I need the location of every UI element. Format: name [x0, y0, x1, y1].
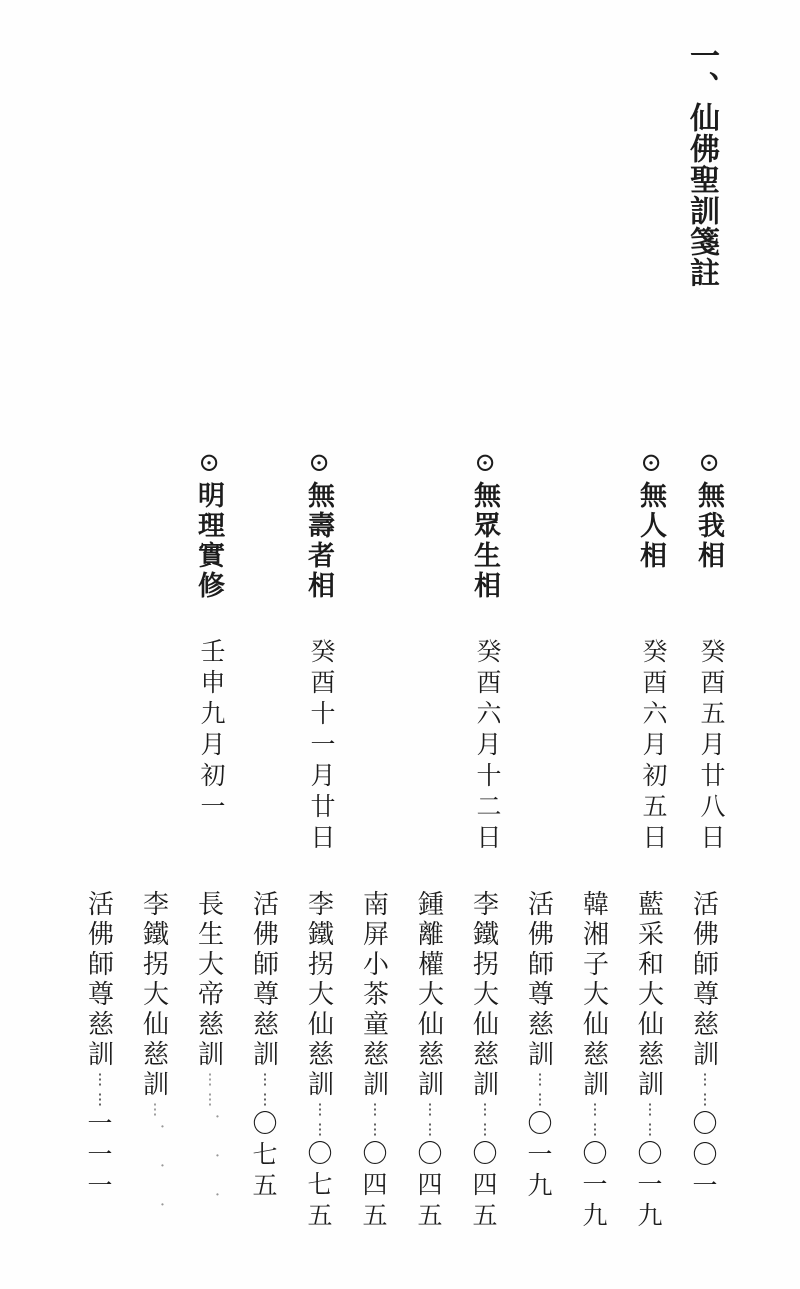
dot-leader: ⋮⋮	[255, 1070, 273, 1110]
page-number: 一一一	[0, 1110, 115, 1238]
section-heading: ⊙無壽者相	[300, 448, 339, 601]
toc-entry: 長生大帝慈訓 ⋮⋮ ···	[193, 890, 225, 1238]
toc-entry-name: 活佛師尊慈訓	[521, 890, 558, 1070]
toc-entry: 活佛師尊慈訓 ⋮⋮ 一一一	[83, 890, 115, 1238]
dot-leader: ⋮⋮	[530, 1070, 548, 1110]
circled-dot-icon: ⊙	[471, 448, 500, 481]
section-date: 癸酉六月十二日	[468, 638, 504, 855]
section-heading: ⊙明理實修	[190, 448, 229, 601]
toc-entry-name: 李鐵拐大仙慈訓	[301, 890, 338, 1100]
section-date: 癸酉十一月廿日	[302, 638, 338, 855]
toc-entry: 鍾離權大仙慈訓 ⋮⋮ 〇四五	[413, 890, 445, 1238]
page-title: 一、仙佛聖訓箋註	[679, 40, 723, 288]
circled-dot-icon: ⊙	[637, 448, 666, 481]
toc-entry: 李鐵拐大仙慈訓 ⋮⋮ 〇四五	[468, 890, 500, 1238]
toc-entry-name: 活佛師尊慈訓	[246, 890, 283, 1070]
section-heading: ⊙無人相	[632, 448, 671, 571]
dot-leader: ⋮⋮	[585, 1100, 603, 1140]
toc-entry: 藍采和大仙慈訓 ⋮⋮ 〇一九	[633, 890, 665, 1238]
toc-entry-name: 活佛師尊慈訓	[686, 890, 723, 1070]
dot-leader: ⋮⋮	[90, 1070, 108, 1110]
toc-entry-name: 李鐵拐大仙慈訓	[136, 890, 173, 1100]
section-title: 無我相	[694, 481, 724, 571]
section-title: 無壽者相	[304, 481, 334, 601]
toc-entry-name: 長生大帝慈訓	[191, 890, 228, 1070]
dot-leader: ⋮⋮	[310, 1100, 328, 1140]
toc-entry-name: 南屏小茶童慈訓	[356, 890, 393, 1100]
toc-entry-name: 藍采和大仙慈訓	[631, 890, 668, 1100]
toc-entry: 李鐵拐大仙慈訓 ⋮ ···	[138, 890, 170, 1238]
toc-entry-name: 活佛師尊慈訓	[81, 890, 118, 1070]
dot-leader: ⋮⋮	[200, 1070, 218, 1110]
toc-entry: 活佛師尊慈訓 ⋮⋮ 〇一九	[523, 890, 555, 1238]
circled-dot-icon: ⊙	[305, 448, 334, 481]
dot-leader: ⋮⋮	[365, 1100, 383, 1140]
toc-entry-name: 李鐵拐大仙慈訓	[466, 890, 503, 1100]
toc-entry-name: 韓湘子大仙慈訓	[576, 890, 613, 1100]
section-date: 癸酉五月廿八日	[692, 638, 728, 855]
circled-dot-icon: ⊙	[695, 448, 724, 481]
section-title: 無眾生相	[470, 481, 500, 601]
toc-entry: 南屏小茶童慈訓 ⋮⋮ 〇四五	[358, 890, 390, 1238]
section-heading: ⊙無我相	[690, 448, 729, 571]
section-title: 明理實修	[194, 481, 224, 601]
section-date: 壬申九月初一	[192, 638, 228, 824]
dot-leader: ⋮	[145, 1100, 163, 1120]
dot-leader: ⋮⋮	[640, 1100, 658, 1140]
dot-leader: ⋮⋮	[420, 1100, 438, 1140]
section-title: 無人相	[636, 481, 666, 571]
toc-entry: 活佛師尊慈訓 ⋮⋮ 〇七五	[248, 890, 280, 1238]
toc-entry-name: 鍾離權大仙慈訓	[411, 890, 448, 1100]
toc-entry: 韓湘子大仙慈訓 ⋮⋮ 〇一九	[578, 890, 610, 1238]
toc-entry: 活佛師尊慈訓 ⋮⋮ 〇〇一	[688, 890, 720, 1238]
section-date: 癸酉六月初五日	[634, 638, 670, 855]
toc-entry: 李鐵拐大仙慈訓 ⋮⋮ 〇七五	[303, 890, 335, 1238]
section-heading: ⊙無眾生相	[466, 448, 505, 601]
scanned-toc-page: 一、仙佛聖訓箋註 ⊙無我相 癸酉五月廿八日 ⊙無人相 癸酉六月初五日 ⊙無眾生相…	[0, 0, 800, 1289]
circled-dot-icon: ⊙	[195, 448, 224, 481]
dot-leader: ⋮⋮	[475, 1100, 493, 1140]
dot-leader: ⋮⋮	[695, 1070, 713, 1110]
